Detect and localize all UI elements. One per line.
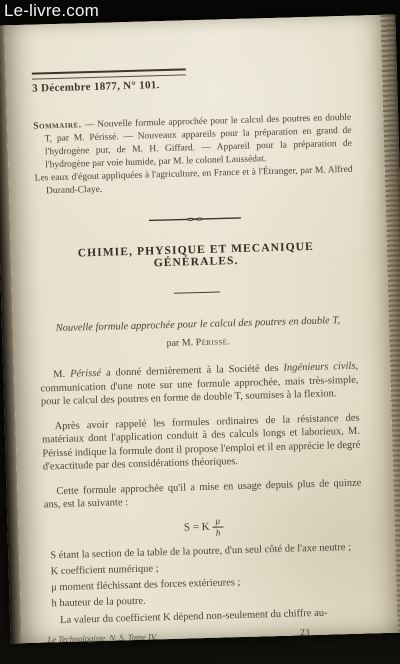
title-separator-rule — [174, 292, 220, 294]
scanned-book-page: 3 Décembre 1877, N° 101. Sommaire. — Nou… — [0, 15, 400, 644]
formula-fraction: μh — [212, 516, 223, 537]
sommaire-part1-text: — Nouvelle formule approchée pour le cal… — [45, 113, 353, 171]
section-title: CHIMIE, PHYSIQUE ET MECANIQUE GÉNÉRALES. — [37, 240, 356, 273]
formula: S = Kμh — [44, 512, 362, 542]
printed-page: 3 Décembre 1877, N° 101. Sommaire. — Nou… — [4, 15, 397, 643]
paragraph-1-name: Périssé — [70, 368, 101, 380]
sommaire-block: Sommaire. — Nouvelle formule approchée p… — [33, 112, 353, 199]
issue-date-number: 3 Décembre 1877, N° 101. — [32, 75, 186, 94]
paragraph-1: M. Périssé a donné dernièrement à la Soc… — [40, 360, 359, 409]
paragraph-1-lead: M. — [53, 369, 70, 380]
paragraph-3: Cette formule approchée qu'il a mise en … — [43, 476, 362, 512]
formula-lhs: S — [184, 521, 190, 533]
formula-numerator: μ — [212, 516, 223, 527]
paragraph-2: Après avoir rappelé les formules ordinai… — [41, 411, 360, 474]
footer-page-number: 23 — [300, 628, 310, 638]
author-name: Périssé. — [196, 336, 231, 348]
sommaire-part1: Sommaire. — Nouvelle formule approchée p… — [33, 112, 352, 173]
book-photo: Le-livre.com 3 Décembre 1877, N° 101. So… — [0, 0, 400, 664]
footer-journal-title: Le Technologiste, N. S. Tome IV. — [47, 627, 300, 644]
site-watermark: Le-livre.com — [4, 1, 99, 21]
formula-equals: = — [193, 521, 200, 533]
author-prefix: par M. — [166, 337, 195, 349]
article-title: Nouvelle formule approchée pour le calcu… — [39, 313, 357, 337]
page-content: 3 Décembre 1877, N° 101. Sommaire. — Nou… — [30, 16, 365, 645]
divider-ornament — [147, 213, 243, 226]
formula-denominator: h — [213, 527, 224, 537]
formula-coefficient: K — [202, 520, 210, 532]
sommaire-label: Sommaire. — [33, 120, 82, 131]
article-author-line: par M. Périssé. — [39, 333, 357, 353]
issue-header: 3 Décembre 1877, N° 101. — [32, 68, 187, 94]
paragraph-1-society: Ingénieurs civils — [283, 361, 355, 374]
page-footer: Le Technologiste, N. S. Tome IV. 23 — [47, 625, 365, 645]
